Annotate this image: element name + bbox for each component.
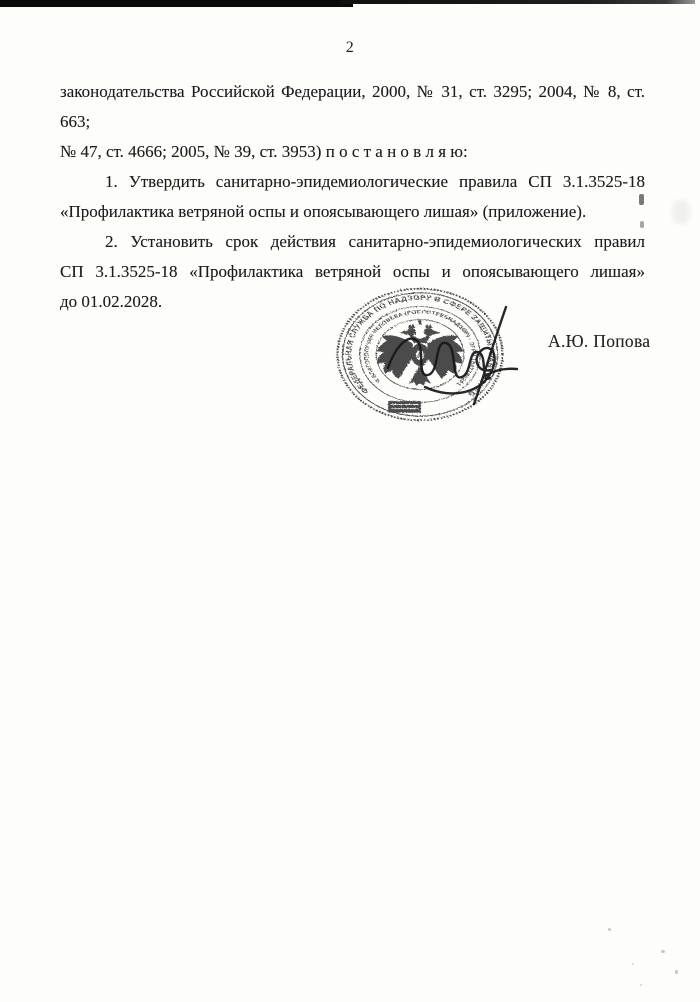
scan-speck	[640, 984, 642, 986]
text-line-2: № 47, ст. 4666; 2005, № 39, ст. 3953) п …	[60, 137, 645, 167]
signature-ink	[370, 290, 530, 415]
scan-speck	[640, 221, 644, 228]
page-number: 2	[0, 39, 700, 57]
signature-loops	[388, 339, 490, 379]
text-line-3: 1. Утвердить санитарно-эпидемиологически…	[60, 167, 645, 197]
text-line-5: 2. Установить срок действия санитарно-эп…	[60, 227, 645, 257]
scan-speck	[675, 970, 678, 974]
scan-edge-artifact-right	[340, 0, 695, 4]
scan-speck	[639, 194, 644, 205]
scan-speck	[632, 963, 634, 965]
signer-name: А.Ю. Попова	[548, 331, 658, 352]
text-line-1: законодательства Российской Федерации, 2…	[60, 77, 645, 137]
body-text: законодательства Российской Федерации, 2…	[60, 77, 645, 317]
scan-speck	[672, 200, 690, 224]
scanned-document-page: 2 законодательства Российской Федерации,…	[0, 0, 700, 1002]
text-line-4: «Профилактика ветряной оспы и опоясывающ…	[60, 197, 645, 227]
scan-speck	[661, 950, 665, 953]
scan-speck	[608, 928, 611, 931]
text-line-6: СП 3.1.3525-18 «Профилактика ветряной ос…	[60, 257, 645, 287]
scan-edge-artifact-left	[0, 0, 353, 7]
